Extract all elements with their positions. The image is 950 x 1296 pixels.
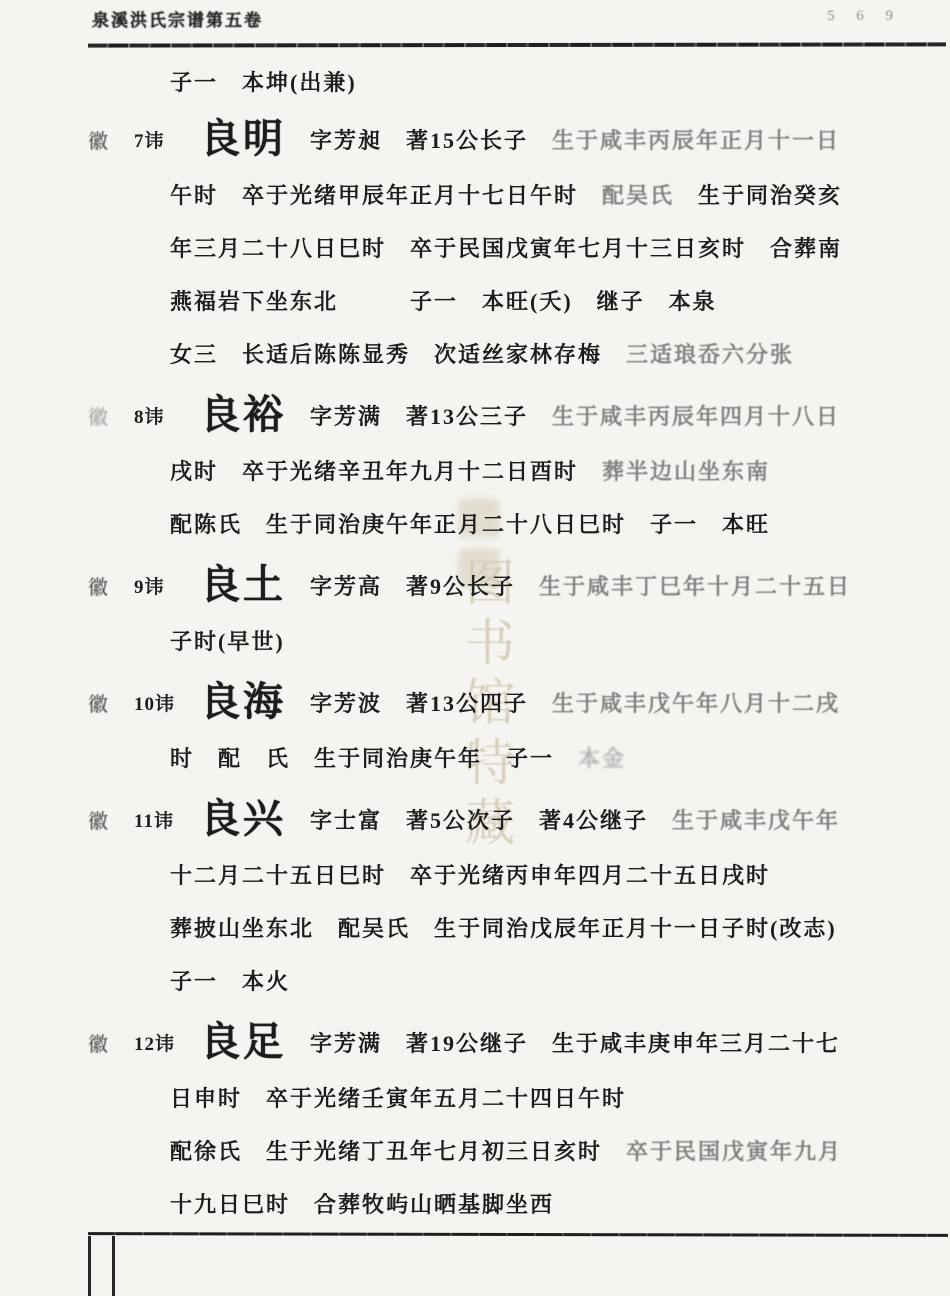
entry-body-line: 配徐氏 生于光绪丁丑年七月初三日亥时 卒于民国戊寅年九月 <box>88 1124 950 1177</box>
text-segment: 午时 卒于光绪甲辰年正月十七日午时 <box>170 179 602 210</box>
generation-margin-char: 徽 <box>88 571 124 600</box>
genealogy-entry: 徽7讳良明字芳昶 著15公长子 生于咸丰丙辰年正月十一日午时 卒于光绪甲辰年正月… <box>88 110 950 380</box>
entry-heading-row: 徽8讳良裕字芳满 著13公三子 生于咸丰丙辰年四月十八日 <box>88 386 950 444</box>
entry-body-line: 日申时 卒于光绪壬寅年五月二十四日午时 <box>88 1071 950 1124</box>
text-segment: 字芳满 著13公三子 <box>310 404 552 429</box>
generation-margin-char: 徽 <box>88 1028 124 1057</box>
text-segment: 子一 本坤(出兼) <box>170 66 357 97</box>
generation-margin-char: 徽 <box>88 805 124 834</box>
person-name: 良土 <box>200 565 286 605</box>
entry-body-line: 女三 长适后陈陈显秀 次适丝家林存梅 三适琅岙六分张 <box>88 327 950 380</box>
entry-body-line: 燕福岩下坐东北 子一 本旺(夭) 继子 本泉 <box>88 274 950 327</box>
entry-body-line: 葬披山坐东北 配吴氏 生于同治戊辰年正月十一日子时(改志) <box>88 901 950 954</box>
entry-heading-row: 徽9讳良土字芳高 著9公长子 生于咸丰丁巳年十月二十五日 <box>88 556 950 614</box>
text-segment: 配吴氏 <box>602 179 698 210</box>
text-segment: 配陈氏 生于同治庚午年正月二十八日巳时 子一 本旺 <box>170 508 770 539</box>
text-segment: 字芳波 著13公四子 <box>310 691 552 716</box>
footer-border-stub <box>88 1236 91 1296</box>
text-segment: 时 配 氏 生于同治庚午年 子一 <box>170 742 578 773</box>
text-segment: 配徐氏 生于光绪丁丑年七月初三日亥时 <box>170 1135 626 1166</box>
generation-margin-char: 徽 <box>88 401 124 430</box>
text-segment: 生于咸丰丙辰年四月十八日 <box>552 404 840 429</box>
text-segment: 年三月二十八日巳时 卒于民国戊寅年七月十三日亥时 合葬南 <box>170 232 842 263</box>
text-segment: 日申时 卒于光绪壬寅年五月二十四日午时 <box>170 1082 626 1113</box>
text-segment: 字芳昶 著15公长子 <box>310 128 552 153</box>
entry-body-line: 十九日巳时 合葬牧屿山晒基脚坐西 <box>88 1177 950 1230</box>
entry-body-line: 午时 卒于光绪甲辰年正月十七日午时 配吴氏 生于同治癸亥 <box>88 168 950 221</box>
person-name: 良海 <box>200 682 286 722</box>
genealogy-entry: 徽11讳良兴字士富 著5公次子 著4公继子 生于咸丰戊午年十二月二十五日巳时 卒… <box>88 790 950 1007</box>
son-line-benkun: 子一 本坤(出兼) <box>88 58 950 104</box>
text-segment: 十九日巳时 合葬牧屿山晒基脚坐西 <box>170 1188 554 1219</box>
text-segment: 字芳满 著19公继子 生于咸丰庚申年三月二十七 <box>310 1031 840 1056</box>
entry-heading-text: 字芳波 著13公四子 生于咸丰戊午年八月十二戌 <box>310 687 840 718</box>
entry-heading-text: 字士富 著5公次子 著4公继子 生于咸丰戊午年 <box>310 804 840 835</box>
text-segment: 生于咸丰丁巳年十月二十五日 <box>539 574 851 599</box>
genealogy-entry: 徽12讳良足字芳满 著19公继子 生于咸丰庚申年三月二十七日申时 卒于光绪壬寅年… <box>88 1013 950 1230</box>
entry-heading-text: 字芳满 著19公继子 生于咸丰庚申年三月二十七 <box>310 1027 840 1058</box>
entry-number-label: 11讳 <box>134 806 186 833</box>
entry-number-label: 12讳 <box>134 1029 186 1056</box>
entry-heading-row: 徽12讳良足字芳满 著19公继子 生于咸丰庚申年三月二十七 <box>88 1013 950 1071</box>
text-segment: 十二月二十五日巳时 卒于光绪丙申年四月二十五日戌时 <box>170 859 770 890</box>
text-segment: 本金 <box>578 742 626 773</box>
text-segment: 子时(早世) <box>170 625 285 656</box>
entry-body-line: 十二月二十五日巳时 卒于光绪丙申年四月二十五日戌时 <box>88 848 950 901</box>
entry-heading-text: 字芳昶 著15公长子 生于咸丰丙辰年正月十一日 <box>310 124 840 155</box>
entry-body-line: 时 配 氏 生于同治庚午年 子一 本金 <box>88 731 950 784</box>
text-segment: 葬半边山坐东南 <box>602 455 770 486</box>
genealogy-entry: 徽8讳良裕字芳满 著13公三子 生于咸丰丙辰年四月十八日戌时 卒于光绪辛丑年九月… <box>88 386 950 550</box>
entry-heading-row: 徽7讳良明字芳昶 著15公长子 生于咸丰丙辰年正月十一日 <box>88 110 950 168</box>
text-segment: 三适琅岙六分张 <box>626 338 794 369</box>
text-segment: 戌时 卒于光绪辛丑年九月十二日酉时 <box>170 455 602 486</box>
person-name: 良兴 <box>200 799 286 839</box>
entry-heading-text: 字芳满 著13公三子 生于咸丰丙辰年四月十八日 <box>310 400 840 431</box>
text-segment: 生于咸丰戊午年八月十二戌 <box>552 691 840 716</box>
text-segment: 卒于民国戊寅年九月 <box>626 1135 842 1166</box>
entry-heading-row: 徽10讳良海字芳波 著13公四子 生于咸丰戊午年八月十二戌 <box>88 673 950 731</box>
text-segment: 生于同治癸亥 <box>698 179 842 210</box>
genealogy-entry: 徽9讳良土字芳高 著9公长子 生于咸丰丁巳年十月二十五日子时(早世) <box>88 556 950 667</box>
text-segment: 女三 长适后陈陈显秀 次适丝家林存梅 <box>170 338 626 369</box>
genealogy-entry: 徽10讳良海字芳波 著13公四子 生于咸丰戊午年八月十二戌时 配 氏 生于同治庚… <box>88 673 950 784</box>
text-segment: 生于咸丰丙辰年正月十一日 <box>552 128 840 153</box>
entry-heading-text: 字芳高 著9公长子 生于咸丰丁巳年十月二十五日 <box>310 570 851 601</box>
genealogy-scan-page: 泉溪洪氏宗谱第五卷 5 6 9 图书馆特藏 子一 本坤(出兼) 徽7讳良明字芳昶… <box>0 0 950 1296</box>
entry-number-label: 10讳 <box>134 689 186 716</box>
text-segment: 字士富 著5公次子 著4公继子 <box>310 808 672 833</box>
footer-border-stub <box>112 1236 115 1296</box>
entry-body-line: 配陈氏 生于同治庚午年正月二十八日巳时 子一 本旺 <box>88 497 950 550</box>
entry-heading-row: 徽11讳良兴字士富 著5公次子 著4公继子 生于咸丰戊午年 <box>88 790 950 848</box>
person-name: 良足 <box>200 1022 286 1062</box>
entry-body-line: 子时(早世) <box>88 614 950 667</box>
generation-margin-char: 徽 <box>88 688 124 717</box>
entry-number-label: 7讳 <box>134 126 186 153</box>
entry-number-label: 8讳 <box>134 402 186 429</box>
generation-margin-char: 徽 <box>88 125 124 154</box>
person-name: 良明 <box>200 119 286 159</box>
person-name: 良裕 <box>200 395 286 435</box>
entry-number-label: 9讳 <box>134 572 186 599</box>
text-segment: 生于咸丰戊午年 <box>672 808 840 833</box>
entry-body-line: 子一 本火 <box>88 954 950 1007</box>
text-segment: 字芳高 著9公长子 <box>310 574 539 599</box>
text-segment: 子一 本火 <box>170 965 290 996</box>
text-segment: 燕福岩下坐东北 子一 本旺(夭) 继子 本泉 <box>170 285 717 316</box>
entry-body-line: 戌时 卒于光绪辛丑年九月十二日酉时 葬半边山坐东南 <box>88 444 950 497</box>
text-segment: 葬披山坐东北 配吴氏 生于同治戊辰年正月十一日子时(改志) <box>170 912 837 943</box>
entry-body-line: 年三月二十八日巳时 卒于民国戊寅年七月十三日亥时 合葬南 <box>88 221 950 274</box>
footer-rule <box>88 1232 948 1237</box>
genealogy-content: 子一 本坤(出兼) 徽7讳良明字芳昶 著15公长子 生于咸丰丙辰年正月十一日午时… <box>0 0 950 1230</box>
